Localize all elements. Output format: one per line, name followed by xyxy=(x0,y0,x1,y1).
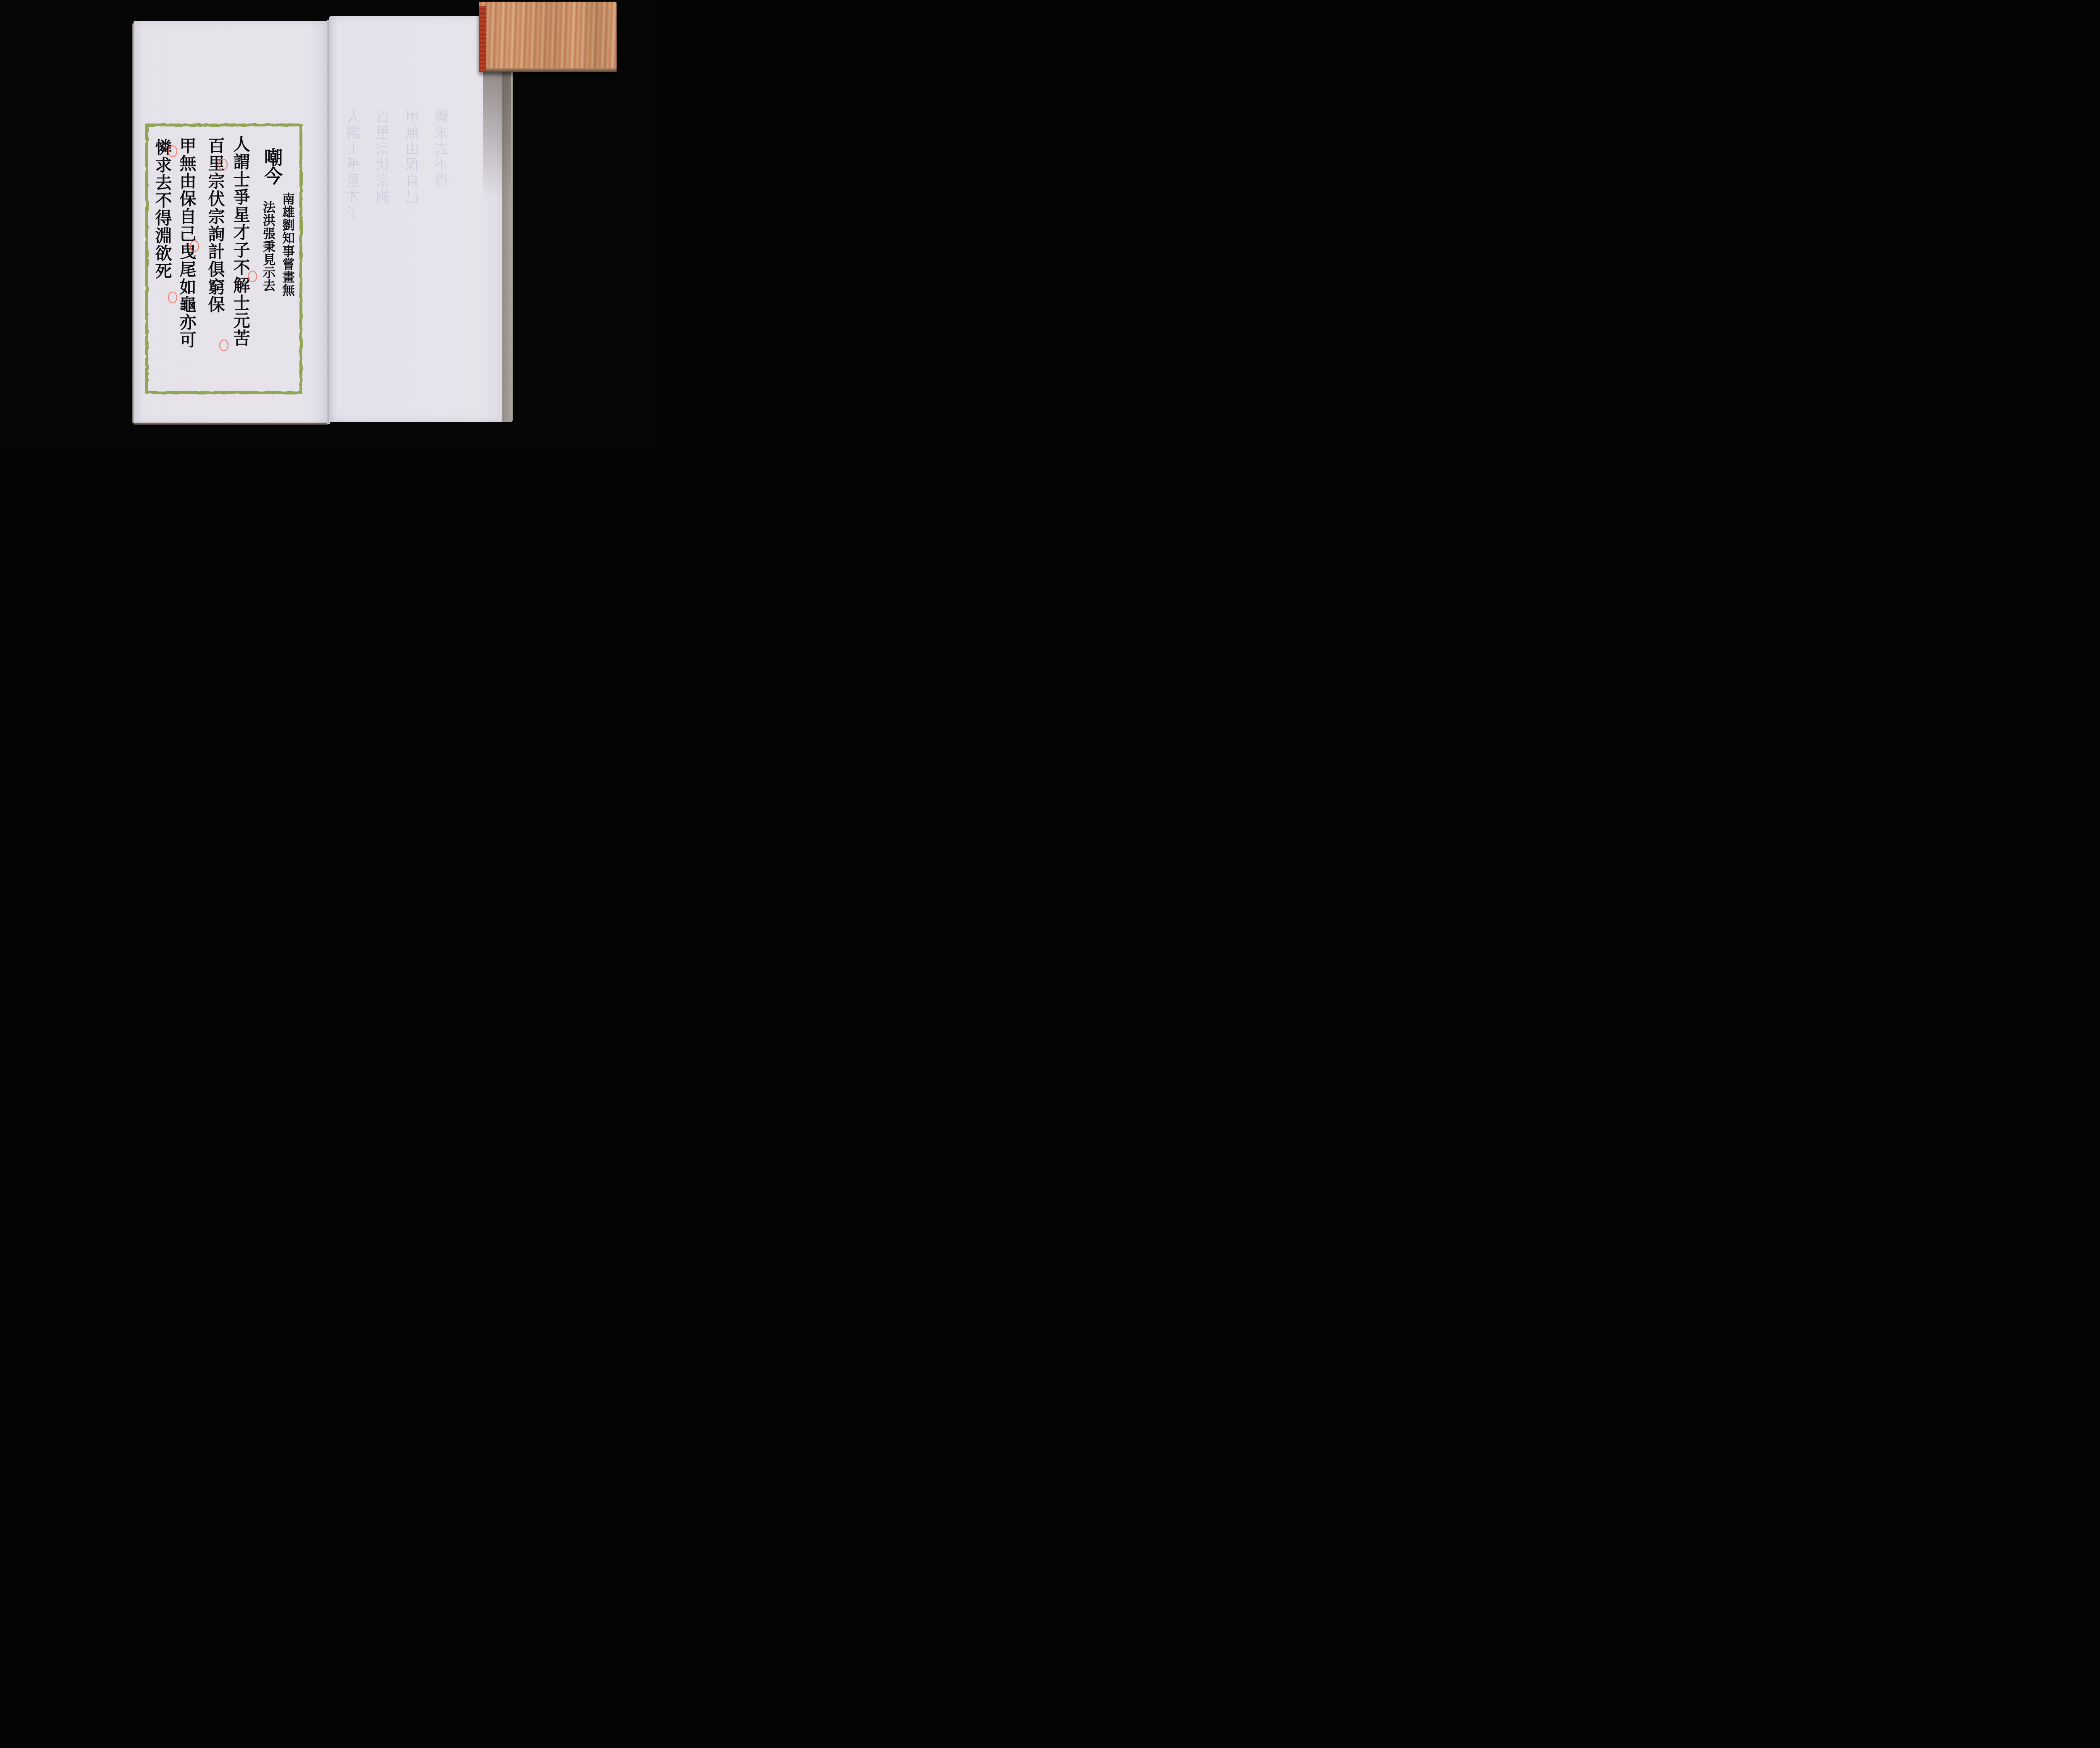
bleed-through-text: 人謂士爭星才子 百里宗伏宗詢 甲無由保自己 憐求去不得 xyxy=(340,109,462,378)
punctuation-circle xyxy=(168,292,177,303)
bottom-page-edge xyxy=(134,423,328,425)
annotation-column-2: 法洪張秉見示去 xyxy=(261,201,274,292)
punctuation-circle xyxy=(218,159,228,171)
punctuation-circle xyxy=(190,240,199,252)
seal-stone-edge xyxy=(486,68,617,72)
bleed-column: 百里宗伏宗詢 xyxy=(374,109,391,205)
seal-shadow xyxy=(483,72,511,198)
text-column-4: 憐求去不得淵欲死 xyxy=(154,139,171,280)
punctuation-circle xyxy=(219,339,228,351)
seal-carved-face xyxy=(479,6,486,72)
bleed-column: 人謂士爭星才子 xyxy=(344,109,361,221)
annotation-column-1: 南雄劉知事嘗畫無 xyxy=(281,192,293,297)
bleed-column: 憐求去不得 xyxy=(433,109,449,189)
title-column: 嘲今 xyxy=(262,148,281,185)
punctuation-circle xyxy=(248,271,257,282)
punctuation-circle xyxy=(168,145,177,157)
text-column-1: 人謂士爭星才子不解士元苦 xyxy=(232,135,249,347)
book-photo: 人謂士爭星才子 百里宗伏宗詢 甲無由保自己 憐求去不得 嘲今 南雄劉知事嘗畫無 … xyxy=(0,0,659,447)
bleed-column: 甲無由保自己 xyxy=(403,109,420,205)
seal-stone xyxy=(479,2,617,72)
